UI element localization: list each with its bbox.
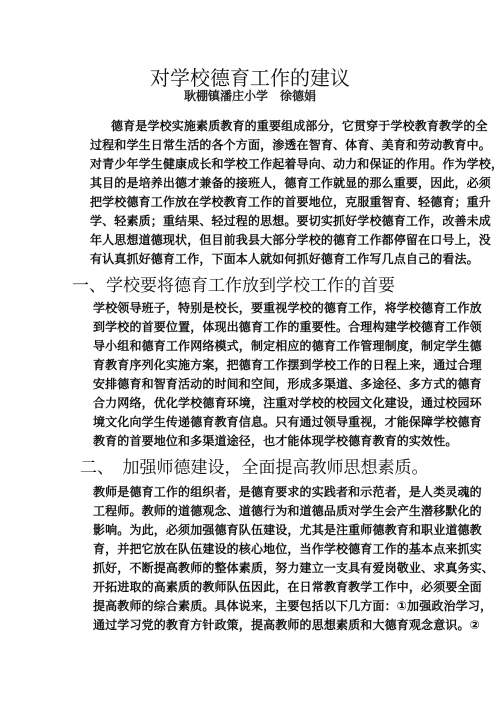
paragraph-line: 过程和学生日常生活的各个方面，渗透在智育、体育、美育和劳动教育中。 bbox=[90, 136, 491, 153]
section-heading-1: 一、学校要将德育工作放到学校工作的首要 bbox=[72, 271, 395, 296]
paragraph-line: 境文化向学生传递德育教育信息。只有通过领导重视，才能保障学校德育 bbox=[93, 413, 482, 430]
paragraph-line: 育，并把它放在队伍建设的核心地位，当作学校德育工作的基本点来抓实 bbox=[93, 540, 482, 557]
paragraph-line: 学校领导班子，特别是校长，要重视学校的德育工作，将学校德育工作放 bbox=[93, 299, 482, 316]
paragraph-line: 导小组和德育工作网络模式，制定相应的德育工作管理制度，制定学生德 bbox=[93, 337, 482, 354]
section-heading-2: 二、 加强师德建设，全面提高教师思想素质。 bbox=[80, 453, 429, 478]
paragraph-line: 把学校德育工作放在学校教育工作的首要地位，克服重智育、轻德育；重升 bbox=[90, 193, 491, 210]
paragraph-line: 合力网络，优化学校德育环境，注重对学校的校园文化建设，通过校园环 bbox=[93, 394, 482, 411]
paragraph-line: 影响。为此，必须加强德育队伍建设，尤其是注重师德教育和职业道德教 bbox=[93, 521, 482, 538]
paragraph-line: 开拓进取的高素质的教师队伍因此，在日常教育教学工作中，必须要全面 bbox=[93, 578, 482, 595]
paragraph-line: 教育的首要地位和多渠道途径，也才能体现学校德育教育的实效性。 bbox=[93, 432, 458, 449]
paragraph-line: 安排德育和智育活动的时间和空间，形成多渠道、多途径、多方式的德育 bbox=[93, 375, 482, 392]
paragraph-line: 育教育序列化实施方案，把德育工作摆到学校工作的日程上来，通过合理 bbox=[93, 356, 482, 373]
paragraph-line: 到学校的首要位置，体现出德育工作的重要性。合理构建学校德育工作领 bbox=[93, 318, 482, 335]
paragraph-line: 学、轻素质；重结果、轻过程的思想。要切实抓好学校德育工作，改善未成 bbox=[90, 212, 491, 229]
paragraph-line: 抓好，不断提高教师的整体素质，努力建立一支具有爱岗敬业、求真务实、 bbox=[93, 559, 494, 576]
paragraph-line: 年人思想道德现状，但目前我县大部分学校的德育工作都停留在口号上，没 bbox=[90, 231, 491, 248]
paragraph-line: 德育是学校实施素质教育的重要组成部分，它贯穿于学校教育教学的全 bbox=[111, 117, 488, 134]
paragraph-line: 提高教师的综合素质。具体说来，主要包括以下几方面：①加强政治学习， bbox=[93, 597, 492, 614]
paragraph-line: 对青少年学生健康成长和学校工作起着导向、动力和保证的作用。作为学校， bbox=[90, 155, 500, 172]
document-page: 对学校德育工作的建议 耿棚镇潘庄小学 徐德娟 德育是学校实施素质教育的重要组成部… bbox=[0, 0, 500, 708]
paragraph-line: 工程师。教师的道德观念、道德行为和道德品质对学生会产生潜移默化的 bbox=[93, 502, 482, 519]
document-byline: 耿棚镇潘庄小学 徐德娟 bbox=[0, 87, 500, 104]
paragraph-line: 通过学习党的教育方针政策，提高教师的思想素质和大德育观念意识。② bbox=[93, 616, 480, 633]
paragraph-line: 有认真抓好德育工作，下面本人就如何抓好德育工作写几点自己的看法。 bbox=[90, 250, 479, 267]
paragraph-line: 其目的是培养出德才兼备的接班人，德育工作就显的那么重要，因此，必须 bbox=[90, 174, 491, 191]
paragraph-line: 教师是德育工作的组织者，是德育要求的实践者和示范者，是人类灵魂的 bbox=[93, 483, 482, 500]
